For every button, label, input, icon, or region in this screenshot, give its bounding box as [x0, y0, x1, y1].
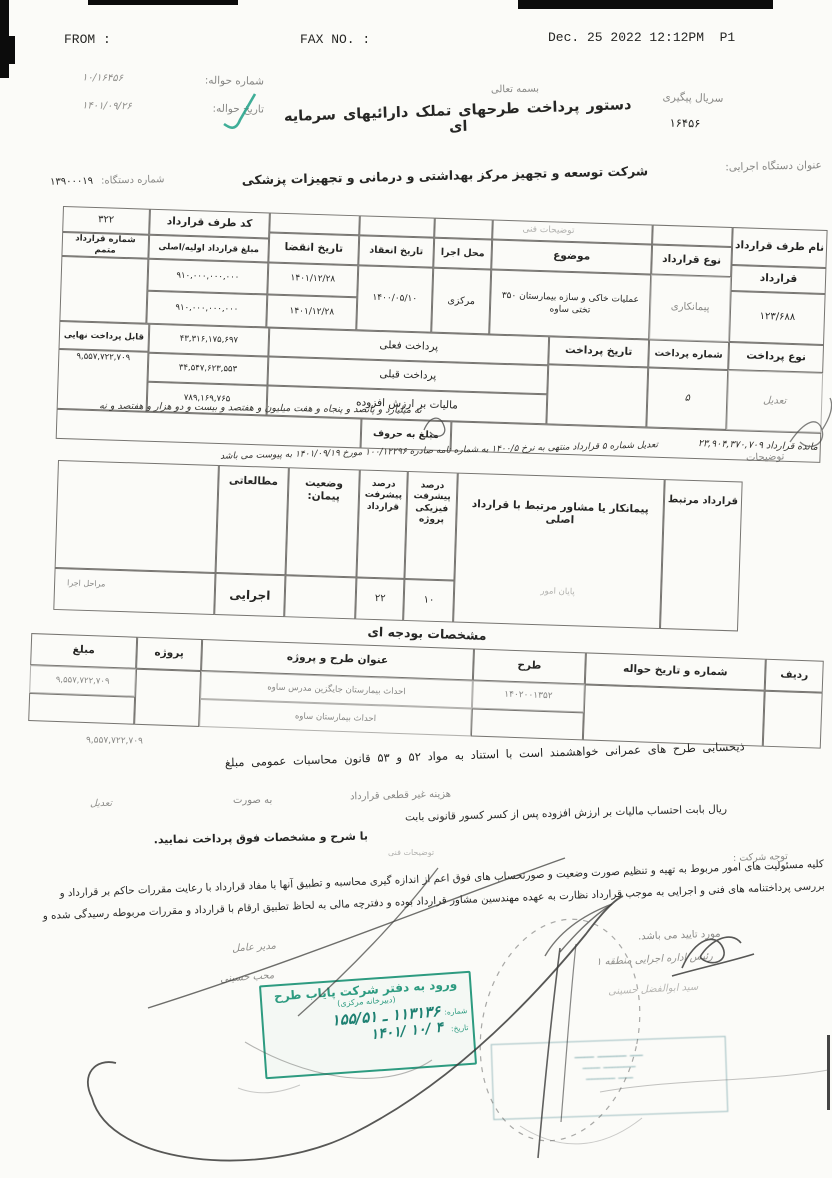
expiry-header: تاریخ انقضا [268, 232, 359, 265]
initial-amount-2: ۹۱۰,۰۰۰,۰۰۰,۰۰۰ [146, 291, 267, 328]
pay-no-value: ۵ [646, 367, 728, 429]
contract-type-header: نوع قرارداد [651, 245, 732, 277]
fax-number-label: FAX NO. : [300, 32, 370, 47]
subject-value: عملیات خاکی و سازه بیمارستان ۳۵۰ تختی سا… [489, 269, 651, 339]
study-option-label: مطالعاتی [216, 465, 289, 575]
request-mid-3: تعدیل [90, 798, 112, 809]
budget-col-project: پروژه [136, 637, 202, 671]
entry-stamp-date-label: تاریخ: [451, 1023, 469, 1033]
havaleh-number-label: شماره حواله: [205, 75, 264, 88]
request-tech-small: توضیحات فنی [388, 848, 434, 857]
signed-date-value: ۱۴۰۰/۰۵/۱۰ [356, 265, 433, 332]
device-number-value: ۱۳۹۰۰۰۱۹ [50, 176, 93, 188]
budget-block: مشخصات بودجه ای ردیف شماره و تاریخ حواله… [26, 612, 824, 749]
faint-office-stamp: ــــ ـــــــــ ــــــ ـــــــــــ ــــــ… [491, 1036, 729, 1120]
party-code-top-value: ۳۲۲ [62, 206, 150, 235]
region-head-name: سید ابوالفضل حسینی [608, 982, 699, 998]
footer-paragraph: کلیه مسئولیت های امور مربوط به تهیه و تن… [44, 854, 825, 927]
device-number-label: شماره دستگاه: [101, 174, 165, 186]
initial-amount-1: ۹۱۰,۰۰۰,۰۰۰,۰۰۰ [147, 259, 268, 295]
contract-type-value: پیمانکاری [649, 275, 731, 342]
footer-approved: مورد تایید می باشد. [638, 929, 721, 943]
request-line-3: با شرح و مشخصات فوق پرداخت نمایید. [88, 830, 368, 848]
page-title: دستور پرداخت طرحهای تملک دارائیهای سرمای… [278, 97, 639, 142]
budget-amount-value: ۹,۵۵۷,۷۲۲,۷۰۹ [29, 665, 136, 697]
havaleh-number-row: شماره حواله: ۱۰/۱۶۴۵۶ [82, 72, 264, 87]
budget-col-amount: مبلغ [30, 633, 137, 669]
current-pay-value: ۴۳,۳۱۶,۱۷۵,۶۹۷ [148, 324, 269, 357]
related-contract-text: پیمانکار یا مشاور مرتبط با قرارداد اصلی [459, 498, 661, 531]
fax-timestamp: Dec. 25 2022 12:12PM P1 [548, 30, 735, 45]
request-mid-1: هزینه غیر قطعی قرارداد [350, 789, 451, 803]
expiry-value-1: ۱۴۰۱/۱۲/۲۸ [267, 262, 358, 297]
contract-table: نام طرف قرارداد قرارداد ۱۲۳/۶۸۸ نوع قرار… [56, 206, 828, 463]
executive-option-value: اجرایی [214, 573, 285, 617]
scan-artifact-right-line [827, 1035, 830, 1110]
notes-label: توضیحات [746, 451, 785, 463]
budget-plan-code: ۱۴۰۲۰۰۱۳۵۲ [472, 680, 585, 712]
party-name-header: نام طرف قرارداد [731, 227, 827, 268]
havaleh-date-value: ۱۴۰۱/۰۹/۲۶ [82, 100, 132, 113]
havaleh-number-value: ۱۰/۱۶۴۵۶ [82, 72, 123, 85]
ceo-title: مدیر عامل [232, 940, 277, 954]
budget-col-row: ردیف [765, 659, 824, 693]
pay-date-header: تاریخ پرداخت [548, 336, 649, 367]
pay-no-header: شماره پرداخت [648, 339, 729, 369]
signed-date-header: تاریخ انعقاد [358, 235, 434, 267]
scan-artifact-top-bar-left [88, 0, 238, 5]
request-mid-2: به صورت [233, 795, 272, 806]
physical-progress-value: ۱۰ [403, 579, 454, 623]
budget-col-plan: طرح [473, 649, 586, 685]
pact-state-label: وضعیت پیمان: [285, 467, 360, 577]
contract-no-header: قرارداد [731, 265, 827, 294]
ceo-name: محب حسینی [220, 970, 275, 985]
pay-type-value: تعدیل [726, 370, 823, 433]
agency-row: عنوان دستگاه اجرایی: شرکت توسعه و تجهیز … [50, 159, 822, 192]
scan-artifact-top-bar-right [518, 0, 773, 9]
location-header: محل اجرا [433, 238, 492, 270]
contract-progress-value: ۲۲ [356, 577, 405, 620]
contract-no-value: ۱۲۳/۶۸۸ [729, 291, 826, 345]
havaleh-date-label: تاریخ حواله: [212, 103, 264, 116]
fax-document-page: FROM : FAX NO. : Dec. 25 2022 12:12PM P1… [0, 0, 832, 1178]
request-line-2: ریال بابت احتساب مالیات بر ارزش افزوده پ… [355, 803, 727, 825]
related-contract-label: قرارداد مرتبط [668, 494, 738, 509]
status-table: قرارداد مرتبط پیمانکار یا مشاور مرتبط با… [53, 460, 742, 631]
status-faint-note: پایان امور [540, 587, 575, 599]
besmele: بسمه تعالی [455, 83, 575, 96]
tech-note-label: توضیحات فنی [522, 224, 574, 236]
previous-pay-value: ۳۴,۵۴۷,۶۲۳,۵۵۳ [148, 353, 269, 386]
entry-stamp-no-label: شماره: [444, 1006, 468, 1017]
final-payable-header: قابل پرداخت نهایی [59, 321, 150, 352]
expiry-value-2: ۱۴۰۱/۱۲/۲۸ [266, 294, 357, 330]
budget-amount-below: ۹,۵۵۷,۷۲۲,۷۰۹ [86, 736, 143, 747]
party-code-header: کد طرف قرارداد [149, 209, 270, 239]
scan-artifact-left-block [0, 36, 15, 64]
serial-label: سریال پیگیری [638, 91, 748, 106]
stages-label: مراحل اجرا [67, 578, 106, 588]
region-head-title: رئیس اداره اجرایی منطقه ۱ [596, 951, 713, 968]
location-value: مرکزی [431, 268, 491, 335]
agency-label: عنوان دستگاه اجرایی: [725, 159, 822, 173]
fax-from-label: FROM : [64, 32, 111, 47]
serial-value: ۱۶۴۵۶ [640, 115, 730, 131]
entry-stamp: ورود به دفتر شرکت پایاب طرح (دبیرخانه مر… [259, 971, 477, 1080]
request-line-1: ذیحسابی طرح های عمرانی خواهشمند است با ا… [85, 739, 745, 774]
contract-progress-header: درصد پیشرفت قرارداد [357, 470, 408, 579]
pay-type-header: نوع پرداخت [728, 342, 824, 373]
havaleh-date-row: تاریخ حواله: ۱۴۰۱/۰۹/۲۶ [82, 100, 264, 115]
physical-progress-header: درصد پیشرفت فیزیکی پروژه [405, 471, 458, 581]
supplement-header: شماره قرارداد متمم [61, 232, 149, 259]
agency-name: شرکت توسعه و تجهیز مرکز بهداشتی و درمانی… [242, 163, 649, 187]
